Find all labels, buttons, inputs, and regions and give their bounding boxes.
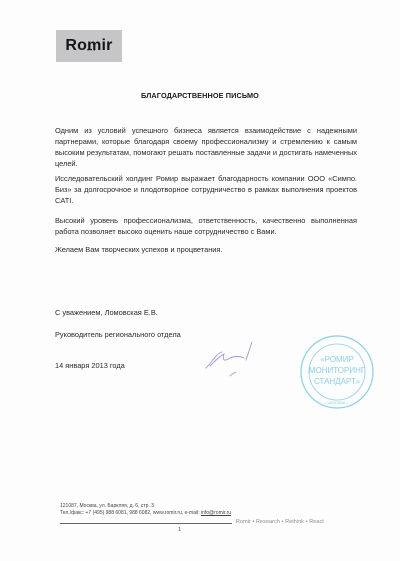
- paragraph-wishes: Желаем Вам творческих успехов и процвета…: [55, 244, 357, 255]
- closing-regards: С уважением, Ломовская Е.В.: [55, 308, 158, 317]
- paragraph-intro: Одним из условий успешного бизнеса являе…: [55, 125, 357, 169]
- svg-text:• МОСКВА •: • МОСКВА •: [326, 400, 348, 405]
- paragraph-gratitude: Исследовательский холдинг Ромир выражает…: [55, 173, 357, 206]
- address-line: 121087, Москва, ул. Баркляя, д. 6, стр. …: [60, 503, 231, 510]
- company-stamp-icon: «РОМИР МОНИТОРИНГ СТАНДАРТ» • МОСКВА •: [297, 332, 377, 412]
- email-link[interactable]: info@romir.ru: [201, 510, 231, 516]
- svg-text:МОНИТОРИНГ: МОНИТОРИНГ: [309, 366, 366, 375]
- footer-divider: [60, 523, 232, 524]
- page-number: 1: [178, 527, 181, 533]
- svg-text:«РОМИР: «РОМИР: [320, 355, 354, 364]
- signature-icon: [200, 336, 280, 386]
- contacts-text: Тел./факс: +7 (495) 988 6081, 988 6082, …: [60, 510, 201, 516]
- contacts-line: Тел./факс: +7 (495) 988 6081, 988 6082, …: [60, 510, 231, 517]
- letter-date: 14 января 2013 года: [55, 361, 125, 370]
- letter-title: БЛАГОДАРСТВЕННОЕ ПИСЬМО: [0, 91, 400, 100]
- svg-text:СТАНДАРТ»: СТАНДАРТ»: [314, 377, 361, 386]
- romir-logo: Romir •••: [56, 30, 122, 62]
- letter-page: Romir ••• БЛАГОДАРСТВЕННОЕ ПИСЬМО Одним …: [0, 0, 400, 561]
- signer-position: Руководитель регионального отдела: [55, 330, 181, 339]
- footer-tagline: Romir • Research • Rethink • React: [236, 519, 324, 525]
- logo-dots-icon: •••: [87, 48, 96, 54]
- footer-address: 121087, Москва, ул. Баркляя, д. 6, стр. …: [60, 503, 231, 517]
- paragraph-professionalism: Высокий уровень профессионализма, ответс…: [55, 215, 357, 237]
